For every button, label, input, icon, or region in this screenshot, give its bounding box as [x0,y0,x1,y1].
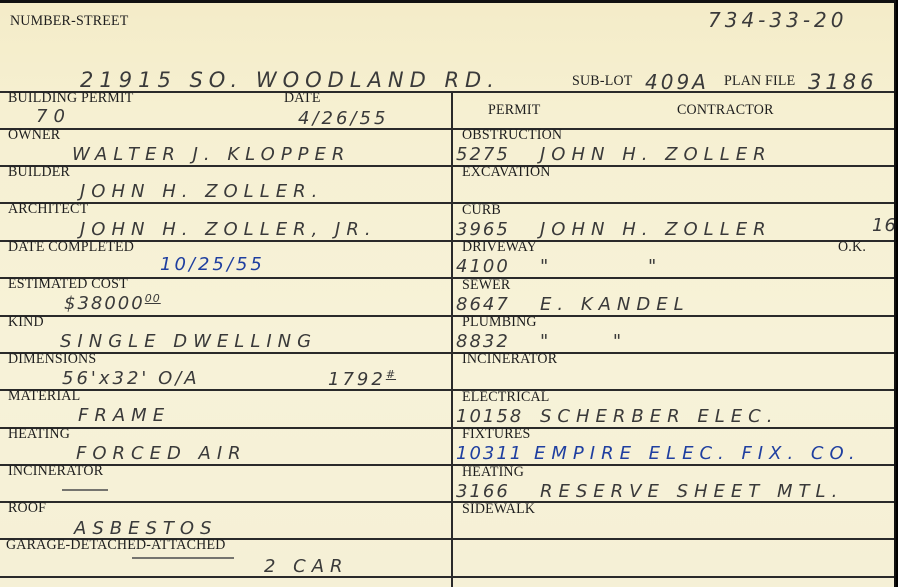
sub-lot-label: SUB-LOT [572,74,633,91]
row-label: ELECTRICAL [462,389,550,406]
contractor-name: " " [540,331,627,352]
estimated-cost-value: $3800000 [64,292,161,314]
incinerator-strike-mark [62,489,108,491]
building-permit-value: 70 [36,106,71,127]
permit-number: 10158 [456,406,523,427]
kind-label: KIND [8,315,44,332]
permit-number: 3166 [456,481,510,502]
contractor-name: EMPIRE ELEC. FIX. CO. [534,443,861,464]
dimensions-label: DIMENSIONS [8,352,96,369]
contractor-name: JOHN H. ZOLLER [540,144,772,165]
permit-number: 5275 [456,144,510,165]
row-label: SEWER [462,277,510,294]
estimated-cost-label: ESTIMATED COST [8,277,128,294]
garage-value: 2 CAR [264,556,349,577]
address-value: 21915 SO. WOODLAND RD. [80,68,500,92]
owner-value: WALTER J. KLOPPER [72,144,350,165]
dimensions-value: 56'x32' O/A [62,368,200,389]
architect-value: JOHN H. ZOLLER, JR. [80,219,377,240]
builder-label: BUILDER [8,165,70,182]
architect-label: ARCHITECT [8,202,88,219]
date-label: DATE [284,91,321,108]
number-street-label: NUMBER-STREET [10,14,129,31]
row-label: PLUMBING [462,315,537,332]
contractor-name: " " [540,256,662,277]
contractor-header: CONTRACTOR [677,103,774,120]
roof-label: ROOF [8,501,46,518]
date-completed-label: DATE COMPLETED [8,240,134,257]
contractor-name: RESERVE SHEET MTL. [540,481,843,502]
row-label: FIXTURES [462,427,531,444]
dimensions-area: 1792# [328,368,396,390]
row-label: DRIVEWAY [462,240,537,257]
roof-value: ASBESTOS [74,518,217,539]
permit-number: 8832 [456,331,510,352]
row-note: O.K. [838,240,866,257]
permit-number: 10311 [456,443,523,464]
row-label: OBSTRUCTION [462,128,562,145]
permit-number: 8647 [456,294,510,315]
building-permit-label: BUILDING PERMIT [8,91,134,108]
date-completed-value: 10/25/55 [160,254,265,275]
material-value: FRAME [78,405,170,426]
contractor-name: E. KANDEL [540,294,690,315]
builder-value: JOHN H. ZOLLER. [80,181,323,202]
heating-label: HEATING [8,427,70,444]
contractor-name: JOHN H. ZOLLER [540,219,772,240]
kind-value: SINGLE DWELLING [60,331,317,352]
garage-underline-mark [132,557,234,559]
card-number: 734-33-20 [708,8,848,32]
incinerator-label: INCINERATOR [8,464,103,481]
row-label: HEATING [462,464,524,481]
owner-label: OWNER [8,128,60,145]
row-label: INCINERATOR [462,352,557,369]
garage-label: GARAGE-DETACHED-ATTACHED [6,538,226,555]
date-value: 4/26/55 [298,108,388,129]
permit-number: 4100 [456,256,510,277]
row-note: 16' [872,215,896,236]
heating-value: FORCED AIR [76,443,247,464]
permit-card: NUMBER-STREET 734-33-20 21915 SO. WOODLA… [0,0,896,587]
contractor-name: SCHERBER ELEC. [540,406,778,427]
permit-header: PERMIT [488,103,541,120]
row-label: SIDEWALK [462,502,535,519]
plan-file-label: PLAN FILE [724,74,795,91]
row-label: EXCAVATION [462,165,551,182]
permit-number: 3965 [456,219,510,240]
row-label: CURB [462,202,501,219]
material-label: MATERIAL [8,389,80,406]
